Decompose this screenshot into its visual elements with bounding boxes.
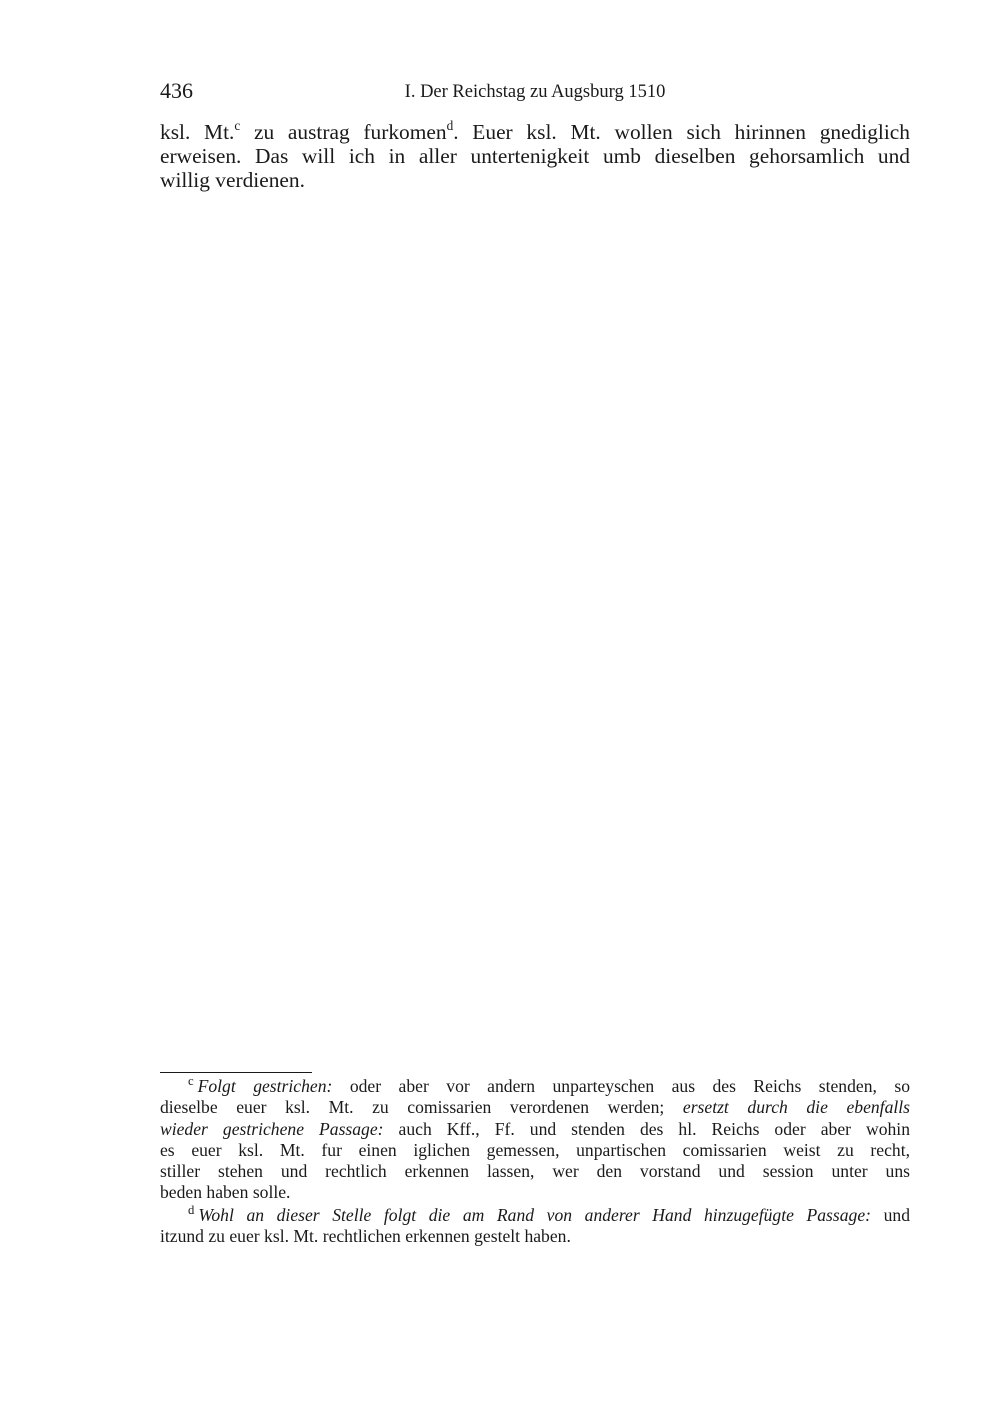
page-number: 436	[160, 77, 193, 105]
body-line: ksl. Mt.c zu austrag furkomend. Euer ksl…	[160, 120, 910, 144]
body-line: willig verdienen.	[160, 168, 910, 192]
body-text: ksl. Mt.c zu austrag furkomend. Euer ksl…	[160, 120, 910, 192]
footnote-d: dWohl an dieser Stelle folgt die am Rand…	[160, 1205, 910, 1248]
footnote-c: cFolgt gestrichen: oder aber vor andern …	[160, 1076, 910, 1204]
footnotes: cFolgt gestrichen: oder aber vor andern …	[160, 1076, 910, 1247]
footnote-mark-d: d	[188, 1203, 194, 1217]
footnote-mark-c: c	[188, 1074, 194, 1088]
body-line: erweisen. Das will ich in aller unterten…	[160, 144, 910, 168]
footnote-line: dWohl an dieser Stelle folgt die am Rand…	[160, 1205, 910, 1226]
footnote-ref-d[interactable]: d	[447, 118, 454, 133]
footnote-line: wieder gestrichene Passage: auch Kff., F…	[160, 1119, 910, 1140]
footnote-line: stiller stehen und rechtlich erkennen la…	[160, 1161, 910, 1182]
running-head: I. Der Reichstag zu Augsburg 1510	[300, 80, 770, 104]
footnote-line: dieselbe euer ksl. Mt. zu comissarien ve…	[160, 1097, 910, 1118]
footnote-ref-c[interactable]: c	[234, 118, 240, 133]
footnote-line: itzund zu euer ksl. Mt. rechtlichen erke…	[160, 1226, 910, 1247]
footnote-rule	[160, 1072, 312, 1073]
footnote-line: beden haben solle.	[160, 1182, 910, 1203]
footnote-line: es euer ksl. Mt. fur einen iglichen geme…	[160, 1140, 910, 1161]
footnote-line: cFolgt gestrichen: oder aber vor andern …	[160, 1076, 910, 1097]
